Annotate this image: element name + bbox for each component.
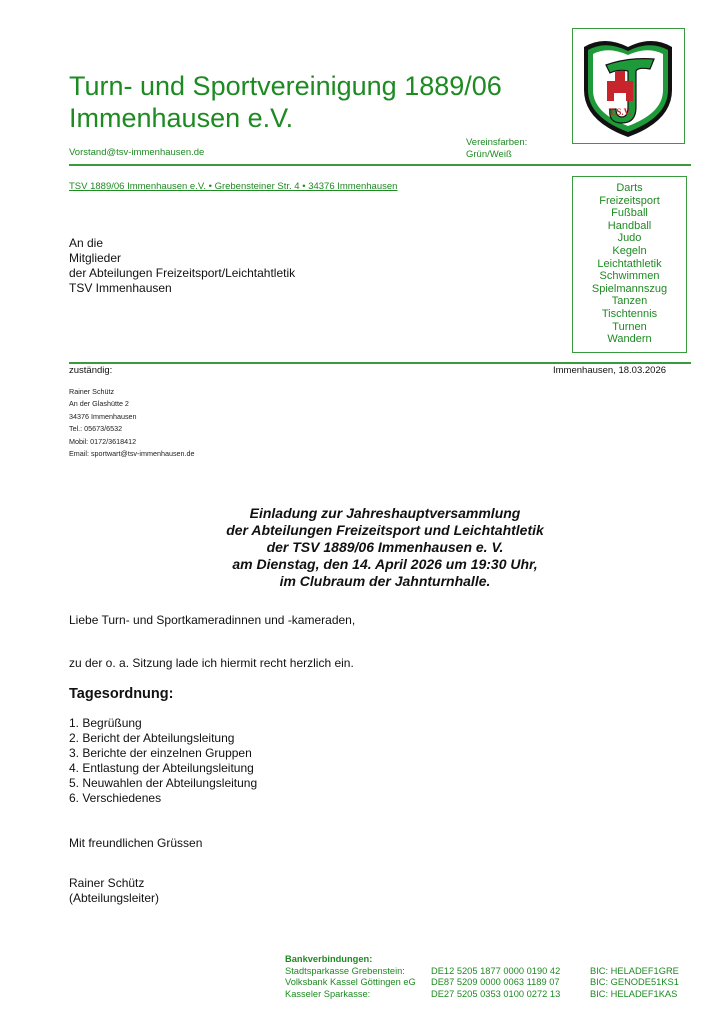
recipient-address: An dieMitgliederder Abteilungen Freizeit… (69, 236, 295, 296)
bank-iban: DE27 5205 0353 0100 0272 13 (431, 989, 590, 1001)
headline-line: der Abteilungen Freizeitsport und Leicht… (150, 522, 620, 539)
recipient-line: TSV Immenhausen (69, 281, 295, 296)
department-item: Schwimmen (573, 270, 686, 283)
sender-address-line: TSV 1889/06 Immenhausen e.V. • Grebenste… (69, 181, 397, 192)
bank-name: Stadtsparkasse Grebenstein: (285, 966, 431, 978)
department-item: Fußball (573, 207, 686, 220)
recipient-line: Mitglieder (69, 251, 295, 266)
contact-line: An der Glashütte 2 (69, 398, 195, 410)
invitation-text: zu der o. a. Sitzung lade ich hiermit re… (69, 656, 354, 671)
department-item: Turnen (573, 321, 686, 334)
agenda-item: 3. Berichte der einzelnen Gruppen (69, 746, 257, 761)
departments-list: DartsFreizeitsportFußballHandballJudoKeg… (572, 176, 687, 353)
agenda-item: 2. Bericht der Abteilungsleitung (69, 731, 257, 746)
department-item: Judo (573, 232, 686, 245)
department-item: Leichtathletik (573, 258, 686, 271)
club-colors-label: Vereinsfarben: (466, 137, 527, 149)
invitation-headline: Einladung zur Jahreshauptversammlungder … (150, 505, 620, 590)
department-item: Freizeitsport (573, 195, 686, 208)
address-divider (69, 362, 691, 364)
greeting: Liebe Turn- und Sportkameradinnen und -k… (69, 613, 355, 628)
department-item: Wandern (573, 333, 686, 346)
agenda-item: 6. Verschiedenes (69, 791, 257, 806)
club-name-line2: Immenhausen e.V. (69, 102, 502, 134)
headline-line: im Clubraum der Jahnturnhalle. (150, 573, 620, 590)
letter-date: Immenhausen, 18.03.2026 (553, 365, 666, 376)
agenda-item: 1. Begrüßung (69, 716, 257, 731)
bank-name: Volksbank Kassel Göttingen eG (285, 977, 431, 989)
agenda-title: Tagesordnung: (69, 686, 173, 702)
bank-name: Kasseler Sparkasse: (285, 989, 431, 1001)
bank-bic: BIC: HELADEF1KAS (590, 989, 677, 1001)
club-colors-value: Grün/Weiß (466, 149, 527, 161)
agenda-item: 5. Neuwahlen der Abteilungsleitung (69, 776, 257, 791)
headline-line: am Dienstag, den 14. April 2026 um 19:30… (150, 556, 620, 573)
bank-title: Bankverbindungen: (285, 954, 679, 966)
closing: Mit freundlichen Grüssen (69, 836, 202, 851)
headline-line: Einladung zur Jahreshauptversammlung (150, 505, 620, 522)
club-logo: T.S.V. (572, 28, 685, 144)
responsible-label: zuständig: (69, 365, 112, 376)
signature: Rainer Schütz (Abteilungsleiter) (69, 876, 159, 906)
department-item: Handball (573, 220, 686, 233)
recipient-line: An die (69, 236, 295, 251)
signer-role: (Abteilungsleiter) (69, 891, 159, 906)
department-item: Spielmannszug (573, 283, 686, 296)
club-crest-icon: T.S.V. (578, 35, 678, 139)
bank-row: Stadtsparkasse Grebenstein:DE12 5205 187… (285, 966, 679, 978)
contact-line: Mobil: 0172/3618412 (69, 436, 195, 448)
responsible-contact: Rainer SchützAn der Glashütte 234376 Imm… (69, 386, 195, 460)
department-item: Kegeln (573, 245, 686, 258)
club-name: Turn- und Sportvereinigung 1889/06 Immen… (69, 70, 502, 134)
club-email-link[interactable]: Vorstand@tsv-immenhausen.de (69, 147, 204, 158)
bank-bic: BIC: HELADEF1GRE (590, 966, 679, 978)
agenda-list: 1. Begrüßung2. Bericht der Abteilungslei… (69, 716, 257, 806)
svg-text:T.S.V.: T.S.V. (609, 107, 631, 117)
contact-line: 34376 Immenhausen (69, 411, 195, 423)
signer-name: Rainer Schütz (69, 876, 159, 891)
contact-line: Email: sportwart@tsv-immenhausen.de (69, 448, 195, 460)
agenda-item: 4. Entlastung der Abteilungsleitung (69, 761, 257, 776)
department-item: Tanzen (573, 295, 686, 308)
bank-iban: DE87 5209 0000 0063 1189 07 (431, 977, 590, 989)
bank-row: Volksbank Kassel Göttingen eGDE87 5209 0… (285, 977, 679, 989)
bank-bic: BIC: GENODE51KS1 (590, 977, 679, 989)
recipient-line: der Abteilungen Freizeitsport/Leichtahtl… (69, 266, 295, 281)
contact-line: Rainer Schütz (69, 386, 195, 398)
department-item: Tischtennis (573, 308, 686, 321)
bank-details: Bankverbindungen: Stadtsparkasse Grebens… (285, 954, 679, 1000)
contact-line: Tel.: 05673/6532 (69, 423, 195, 435)
club-name-line1: Turn- und Sportvereinigung 1889/06 (69, 70, 502, 102)
department-item: Darts (573, 182, 686, 195)
bank-iban: DE12 5205 1877 0000 0190 42 (431, 966, 590, 978)
club-colors: Vereinsfarben: Grün/Weiß (466, 137, 527, 161)
headline-line: der TSV 1889/06 Immenhausen e. V. (150, 539, 620, 556)
bank-row: Kasseler Sparkasse:DE27 5205 0353 0100 0… (285, 989, 679, 1001)
header-divider (69, 164, 691, 166)
